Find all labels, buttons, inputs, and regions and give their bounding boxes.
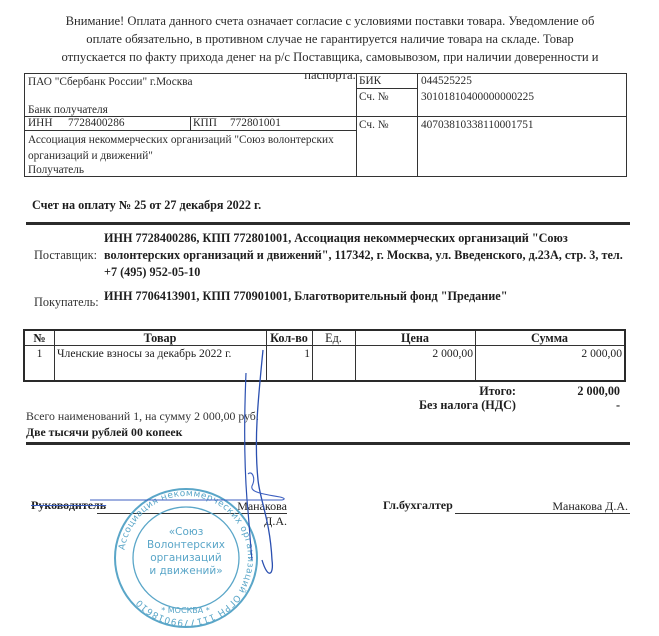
signature-icon	[0, 0, 659, 636]
